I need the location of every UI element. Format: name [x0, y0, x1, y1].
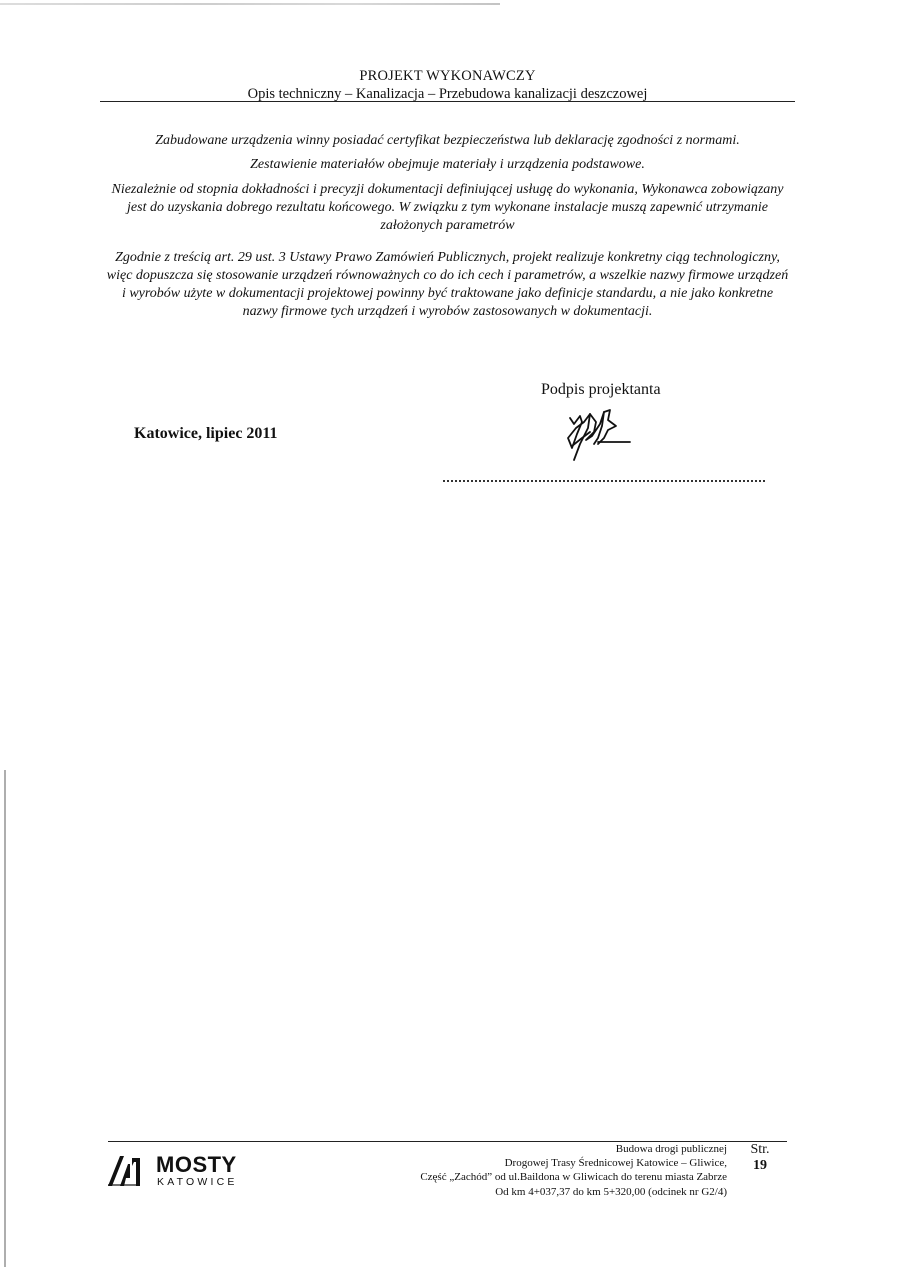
paragraph-public-procurement: Zgodnie z treścią art. 29 ust. 3 Ustawy … — [105, 249, 790, 321]
signature-line — [443, 480, 765, 482]
scan-artifact-top-edge — [0, 3, 500, 5]
logo-company-name: MOSTY — [156, 1154, 237, 1176]
footer-project-line: Część „Zachód” od ul.Baildona w Gliwicac… — [420, 1170, 727, 1184]
company-logo: MOSTY KATOWICE — [108, 1154, 248, 1190]
mosty-logo-mark-icon — [108, 1156, 140, 1186]
page-number-block: Str. 19 — [745, 1142, 775, 1174]
footer-project-line: Drogowej Trasy Średnicowej Katowice – Gl… — [420, 1156, 727, 1170]
footer-project-line: Budowa drogi publicznej — [420, 1142, 727, 1156]
signature-icon — [560, 408, 650, 468]
document-title: PROJEKT WYKONAWCZY — [100, 68, 795, 85]
page-label: Str. — [745, 1142, 775, 1158]
logo-company-city: KATOWICE — [157, 1177, 238, 1188]
paragraph-certificates: Zabudowane urządzenia winny posiadać cer… — [105, 132, 790, 150]
place-and-date: Katowice, lipiec 2011 — [134, 425, 278, 443]
header-divider — [100, 101, 795, 102]
paragraph-materials: Zestawienie materiałów obejmuje materiał… — [105, 156, 790, 174]
scan-artifact-left-edge — [4, 770, 6, 1267]
document-header: PROJEKT WYKONAWCZY Opis techniczny – Kan… — [100, 68, 795, 103]
page-number: 19 — [745, 1158, 775, 1174]
footer-project-description: Budowa drogi publicznej Drogowej Trasy Ś… — [420, 1142, 727, 1199]
footer-project-line: Od km 4+037,37 do km 5+320,00 (odcinek n… — [420, 1185, 727, 1199]
signature-label: Podpis projektanta — [541, 381, 661, 399]
document-body: Zabudowane urządzenia winny posiadać cer… — [105, 132, 790, 321]
paragraph-contractor-obligation: Niezależnie od stopnia dokładności i pre… — [105, 181, 790, 235]
